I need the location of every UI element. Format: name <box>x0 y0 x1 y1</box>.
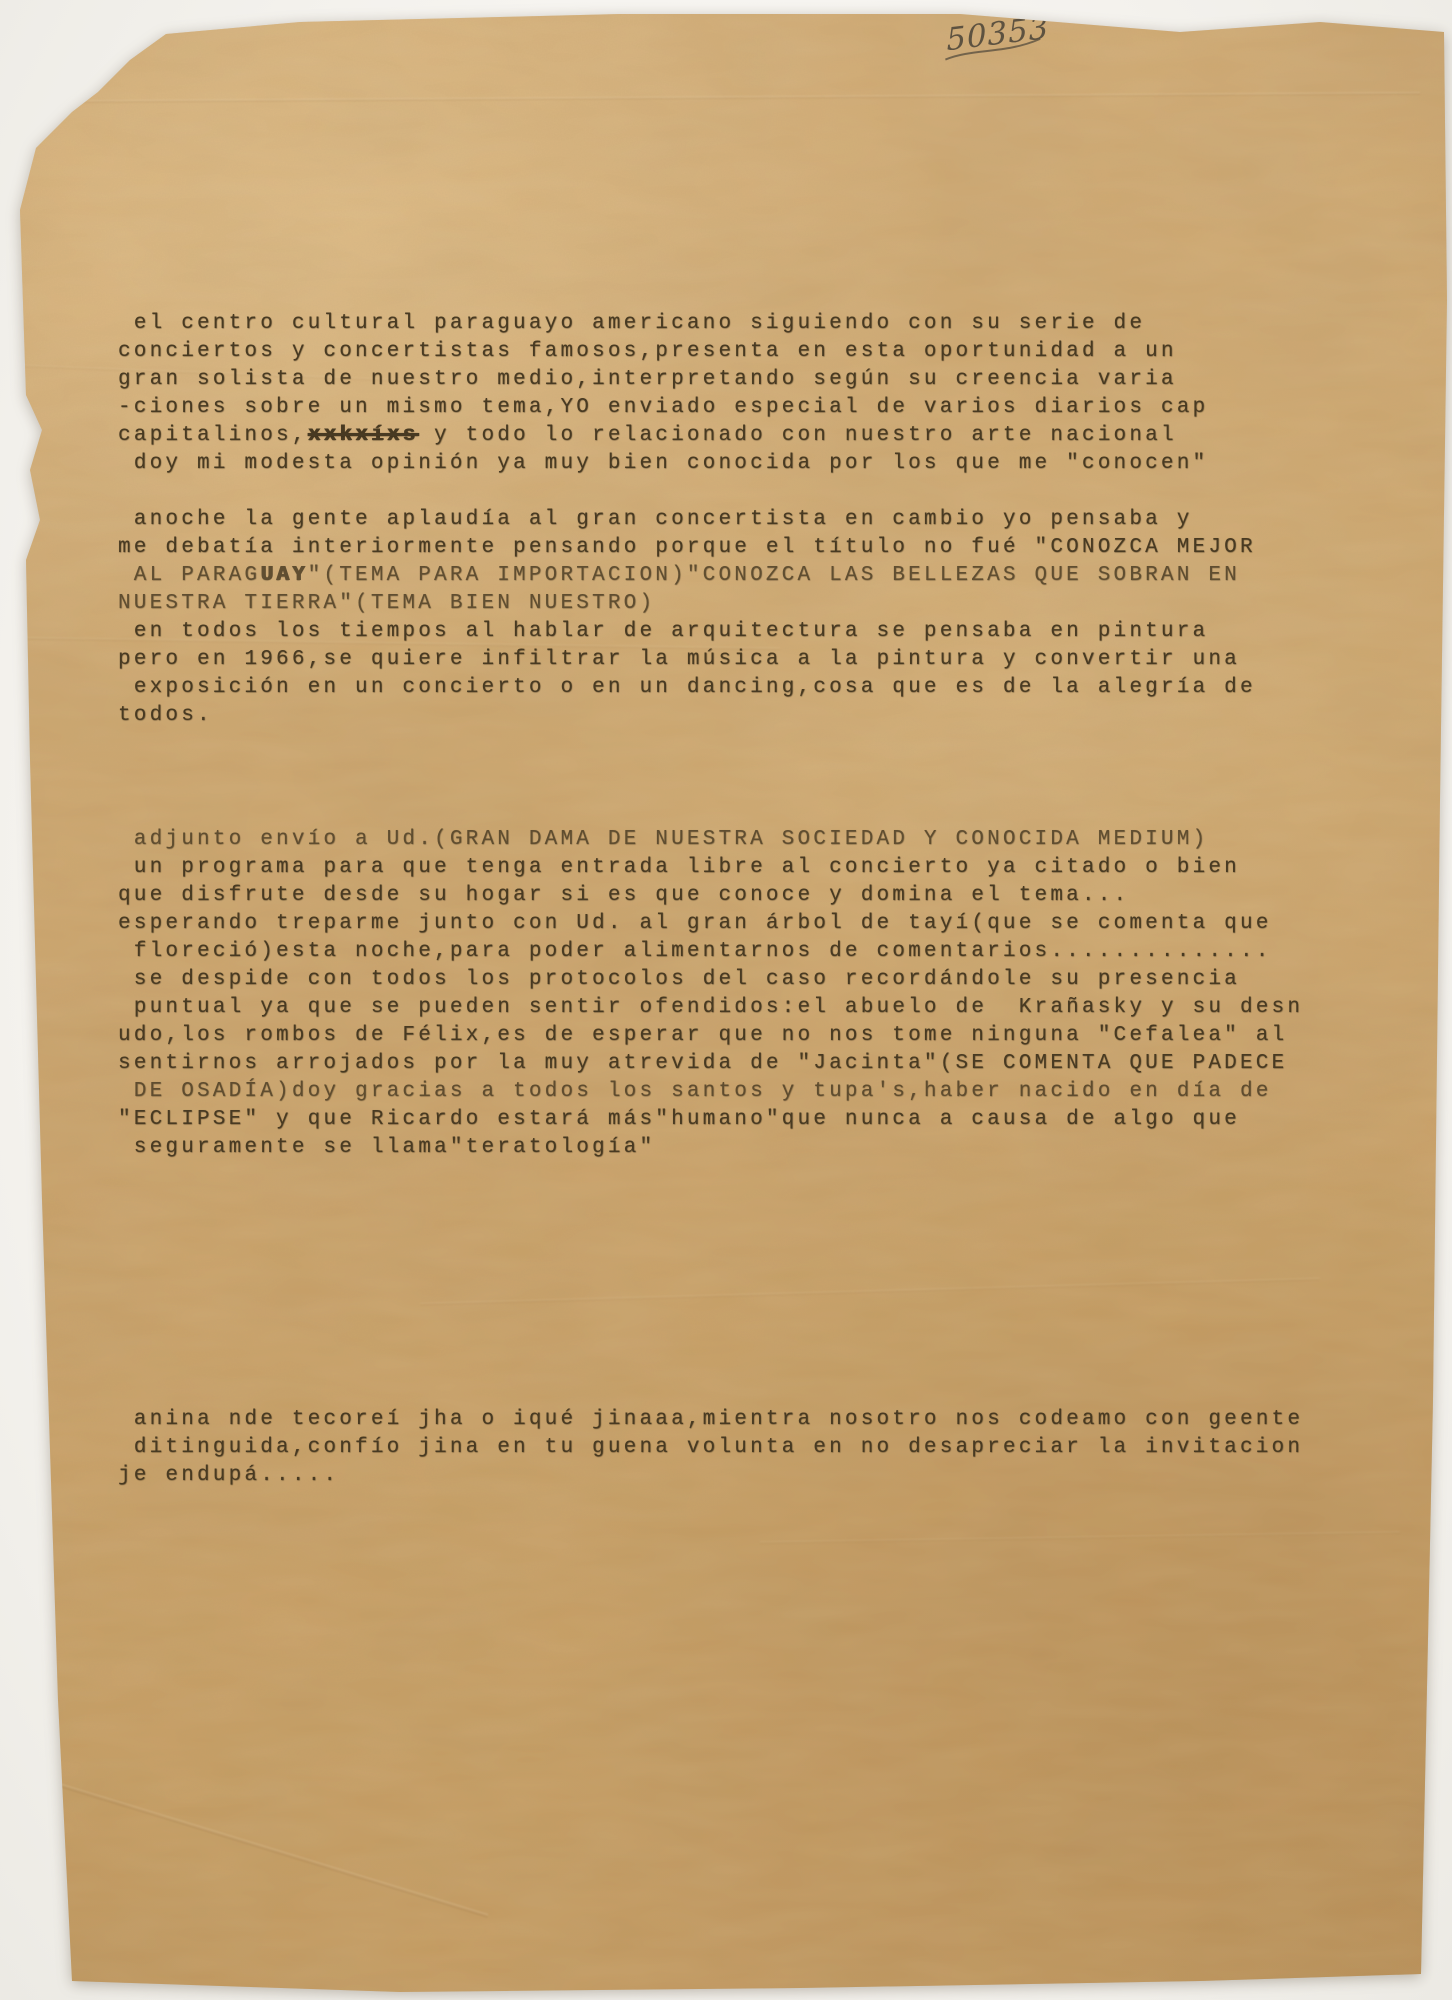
paragraph-4: anina nde tecoreí jha o iqué jinaaa,mien… <box>118 1406 1303 1490</box>
text-segment: capitalinos, <box>118 424 308 447</box>
paragraph-2: anoche la gente aplaudía al gran concert… <box>118 506 1256 730</box>
text-line: gran solista de nuestro medio,interpreta… <box>118 366 1208 394</box>
text-line: exposición en un concierto o en un danci… <box>118 674 1256 702</box>
text-line: doy mi modesta opinión ya muy bien conoc… <box>118 450 1208 478</box>
text-line: anina nde tecoreí jha o iqué jinaaa,mien… <box>118 1406 1303 1434</box>
text-line: se despide con todos los protocolos del … <box>118 966 1303 994</box>
text-line: je endupá..... <box>118 1462 1303 1490</box>
text-segment: AL PARAG <box>118 564 260 587</box>
overstruck-letters: UAY <box>260 564 307 587</box>
text-line: que disfrute desde su hogar si es que co… <box>118 882 1303 910</box>
text-line: en todos los tiempos al hablar de arquit… <box>118 618 1256 646</box>
text-segment: "(TEMA PARA IMPORTACION)"CONOZCA LAS BEL… <box>308 564 1240 587</box>
text-line: adjunto envío a Ud.(GRAN DAMA DE NUESTRA… <box>118 826 1303 854</box>
text-line: capitalinos,xxkxíxs y todo lo relacionad… <box>118 422 1208 450</box>
text-line: puntual ya que se pueden sentir ofendido… <box>118 994 1303 1022</box>
text-line: me debatía interiormente pensando porque… <box>118 534 1256 562</box>
text-line: -ciones sobre un mismo tema,YO enviado e… <box>118 394 1208 422</box>
struck-out-word: xxkxíxs <box>308 424 419 447</box>
text-line: seguramente se llama"teratología" <box>118 1134 1303 1162</box>
text-line: todos. <box>118 702 1256 730</box>
scan-background: 50353 el centro cultural paraguayo ameri… <box>0 0 1452 2000</box>
text-line: un programa para que tenga entrada libre… <box>118 854 1303 882</box>
paragraph-3: adjunto envío a Ud.(GRAN DAMA DE NUESTRA… <box>118 826 1303 1162</box>
text-line: pero en 1966,se quiere infiltrar la músi… <box>118 646 1256 674</box>
text-line: el centro cultural paraguayo americano s… <box>118 310 1208 338</box>
text-line: "ECLIPSE" y que Ricardo estará más"human… <box>118 1106 1303 1134</box>
text-line: conciertos y concertistas famosos,presen… <box>118 338 1208 366</box>
paragraph-1: el centro cultural paraguayo americano s… <box>118 310 1208 478</box>
text-line: ditinguida,confío jina en tu guena volun… <box>118 1434 1303 1462</box>
text-line: floreció)esta noche,para poder alimentar… <box>118 938 1303 966</box>
text-line: NUESTRA TIERRA"(TEMA BIEN NUESTRO) <box>118 590 1256 618</box>
paper-shadow: 50353 el centro cultural paraguayo ameri… <box>0 0 1452 2000</box>
text-line: AL PARAGUAY"(TEMA PARA IMPORTACION)"CONO… <box>118 562 1256 590</box>
text-segment: y todo lo relacionado con nuestro arte n… <box>418 424 1177 447</box>
document-page: 50353 el centro cultural paraguayo ameri… <box>0 0 1452 2000</box>
text-line: udo,los rombos de Félix,es de esperar qu… <box>118 1022 1303 1050</box>
text-line: sentirnos arrojados por la muy atrevida … <box>118 1050 1303 1078</box>
text-line: anoche la gente aplaudía al gran concert… <box>118 506 1256 534</box>
text-line: DE OSADÍA)doy gracias a todos los santos… <box>118 1078 1303 1106</box>
text-line: esperando treparme junto con Ud. al gran… <box>118 910 1303 938</box>
